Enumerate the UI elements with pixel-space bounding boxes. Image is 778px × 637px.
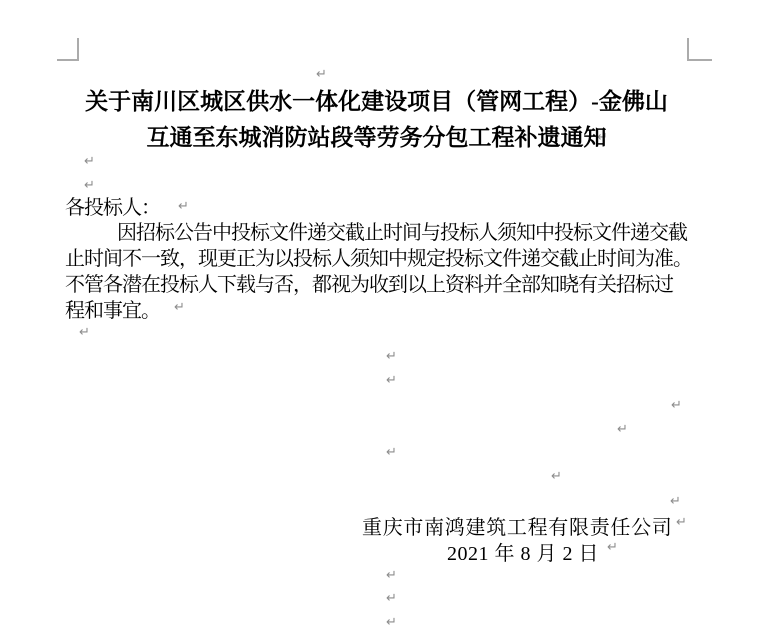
body-line-2[interactable]: 止时间不一致，现更正为以投标人须知中规定投标文件递交截止时间为准。 <box>65 246 692 272</box>
document-page: ↵ ↵ ↵ ↵ ↵ ↵ ↵ ↵ ↵ ↵ ↵ ↵ ↵ ↵ ↵ ↵ ↵ ↵ ↵ 关于… <box>0 0 778 637</box>
signature-date[interactable]: 2021 年 8 月 2 日 <box>447 537 599 566</box>
paragraph-mark-icon: ↵ <box>386 616 397 629</box>
salutation[interactable]: 各投标人： <box>65 195 160 221</box>
document-title-line-1[interactable]: 关于南川区城区供水一体化建设项目（管网工程）-金佛山 <box>66 84 687 120</box>
paragraph-mark-icon: ↵ <box>671 399 682 412</box>
body-line-1[interactable]: 因招标公告中投标文件递交截止时间与投标人须知中投标文件递交截 <box>65 220 687 246</box>
document-title-line-2[interactable]: 互通至东城消防站段等劳务分包工程补遗通知 <box>66 120 687 156</box>
paragraph-mark-icon: ↵ <box>174 301 185 314</box>
paragraph-mark-icon: ↵ <box>386 374 397 387</box>
paragraph-mark-icon: ↵ <box>551 470 562 483</box>
paragraph-mark-icon: ↵ <box>617 423 628 436</box>
paragraph-mark-icon: ↵ <box>676 516 687 529</box>
paragraph-mark-icon: ↵ <box>386 350 397 363</box>
paragraph-mark-icon: ↵ <box>84 155 95 168</box>
paragraph-mark-icon: ↵ <box>670 495 681 508</box>
paragraph-mark-icon: ↵ <box>607 541 618 554</box>
paragraph-mark-icon: ↵ <box>84 179 95 192</box>
body-line-4[interactable]: 程和事宜。 <box>65 298 160 324</box>
text-boundary-mark-top-right-icon <box>687 38 712 61</box>
paragraph-mark-icon: ↵ <box>178 200 189 213</box>
paragraph-mark-icon: ↵ <box>386 569 397 582</box>
text-boundary-mark-top-left-icon <box>57 38 79 61</box>
paragraph-mark-icon: ↵ <box>386 446 397 459</box>
body-line-3[interactable]: 不管各潜在投标人下载与否，都视为收到以上资料并全部知晓有关招标过 <box>65 272 673 298</box>
paragraph-mark-icon: ↵ <box>316 68 327 81</box>
document-title: 关于南川区城区供水一体化建设项目（管网工程）-金佛山 互通至东城消防站段等劳务分… <box>66 84 687 156</box>
paragraph-mark-icon: ↵ <box>386 592 397 605</box>
paragraph-mark-icon: ↵ <box>79 326 90 339</box>
signature-company[interactable]: 重庆市南鸿建筑工程有限责任公司 <box>362 511 673 540</box>
